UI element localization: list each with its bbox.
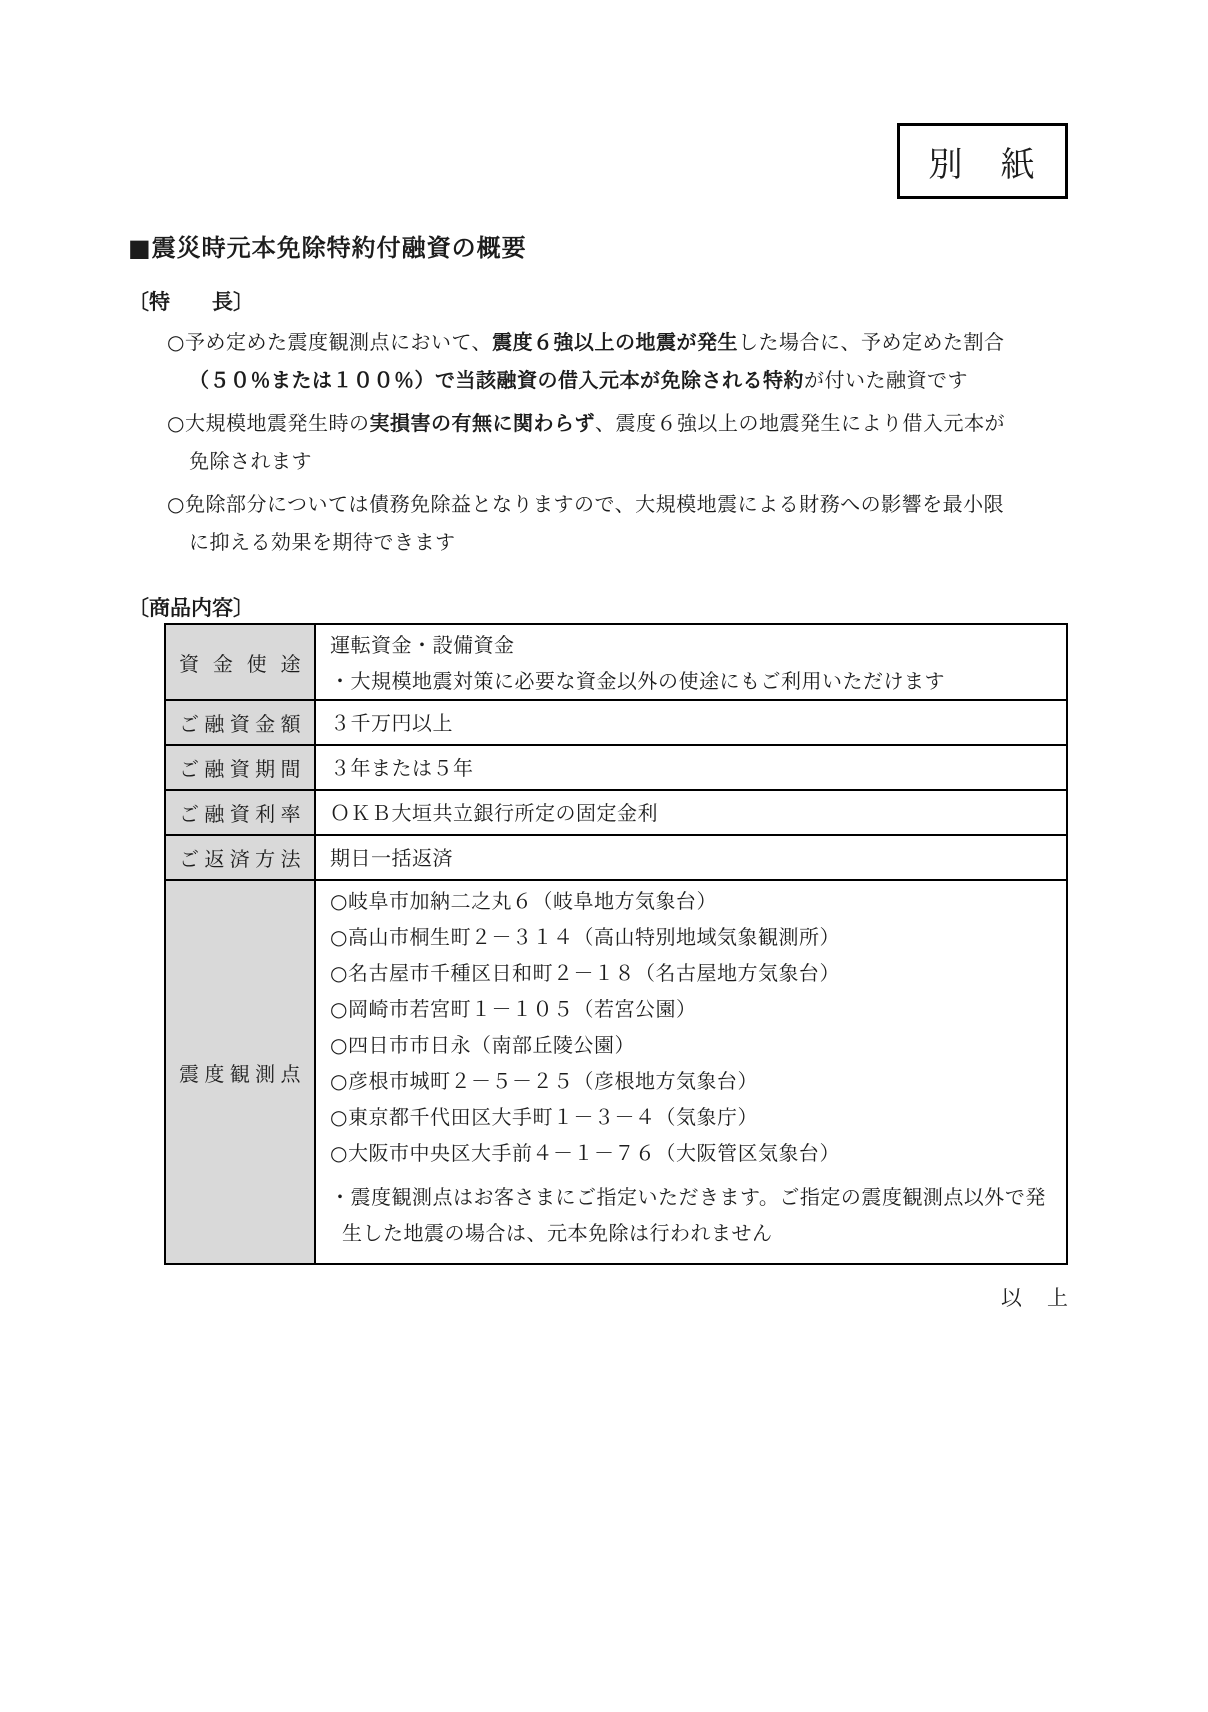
product-row: 震度観測点○岐阜市加納二之丸６（岐阜地方気象台）○高山市桐生町２－３１４（高山特… (165, 880, 1067, 1264)
value-line: ＯＫＢ大垣共立銀行所定の固定金利 (330, 795, 1056, 831)
value-line: ○彦根市城町２－５－２５（彦根地方気象台） (330, 1063, 1056, 1099)
feature-text-bold: 実損害の有無に関わらず (369, 411, 595, 435)
feature-line: ○予め定めた震度観測点において、震度６強以上の地震が発生した場合に、予め定めた割… (167, 323, 1017, 361)
feature-text-bold: 震度６強以上の地震が発生 (492, 330, 738, 354)
product-row-label: 震度観測点 (165, 880, 315, 1264)
feature-item: ○免除部分については債務免除益となりますので、大規模地震による財務への影響を最小… (167, 485, 1017, 561)
value-line: ○名古屋市千種区日和町２－１８（名古屋地方気象台） (330, 955, 1056, 991)
value-line: ○東京都千代田区大手町１－３－４（気象庁） (330, 1099, 1056, 1135)
value-line: ３年または５年 (330, 750, 1056, 786)
product-row: ご融資利率ＯＫＢ大垣共立銀行所定の固定金利 (165, 790, 1067, 835)
product-row-label: 資金使途 (165, 624, 315, 700)
feature-item: ○大規模地震発生時の実損害の有無に関わらず、震度６強以上の地震発生により借入元本… (167, 404, 1017, 480)
value-line: 運転資金・設備資金 (330, 627, 1056, 663)
value-line: ○四日市市日永（南部丘陵公園） (330, 1027, 1056, 1063)
product-row-label: ご融資金額 (165, 700, 315, 745)
product-row-value: 運転資金・設備資金・大規模地震対策に必要な資金以外の使途にもご利用いただけます (315, 624, 1067, 700)
circle-bullet-marker: ○ (167, 330, 185, 354)
product-row-value: ３千万円以上 (315, 700, 1067, 745)
circle-bullet-marker: ○ (167, 411, 185, 435)
product-row-value: ＯＫＢ大垣共立銀行所定の固定金利 (315, 790, 1067, 835)
feature-item: ○予め定めた震度観測点において、震度６強以上の地震が発生した場合に、予め定めた割… (167, 323, 1017, 399)
corner-tag-label: 別 紙 (929, 137, 1037, 186)
product-row: 資金使途運転資金・設備資金・大規模地震対策に必要な資金以外の使途にもご利用いただ… (165, 624, 1067, 700)
value-line: ○高山市桐生町２－３１４（高山特別地域気象観測所） (330, 919, 1056, 955)
value-line: 期日一括返済 (330, 840, 1056, 876)
feature-text: 予め定めた震度観測点において、 (185, 330, 492, 354)
value-line: ３千万円以上 (330, 705, 1056, 741)
product-row-value: 期日一括返済 (315, 835, 1067, 880)
product-row: ご融資金額３千万円以上 (165, 700, 1067, 745)
features-list: ○予め定めた震度観測点において、震度６強以上の地震が発生した場合に、予め定めた割… (167, 323, 1017, 566)
product-row: ご返済方法期日一括返済 (165, 835, 1067, 880)
feature-text: 大規模地震発生時の (185, 411, 370, 435)
product-row-value: ３年または５年 (315, 745, 1067, 790)
product-row-value: ○岐阜市加納二之丸６（岐阜地方気象台）○高山市桐生町２－３１４（高山特別地域気象… (315, 880, 1067, 1264)
feature-line: 免除されます (167, 442, 1017, 480)
value-line: ○大阪市中央区大手前４－１－７６（大阪管区気象台） (330, 1135, 1056, 1171)
product-row-label: ご融資利率 (165, 790, 315, 835)
feature-text: 免除部分については債務免除益となりますので、大規模地震による財務への影響を最小限 (185, 492, 1004, 516)
feature-text: 、震度６強以上の地震発生により借入元本が (595, 411, 1005, 435)
page-title: ■震災時元本免除特約付融資の概要 (128, 232, 527, 264)
product-heading: 〔商品内容〕 (128, 594, 254, 622)
value-line: ○岐阜市加納二之丸６（岐阜地方気象台） (330, 883, 1056, 919)
feature-text: が付いた融資です (804, 368, 968, 392)
feature-text-bold: （５０％または１００％）で当該融資の借入元本が免除される特約 (189, 368, 804, 392)
document-page: 別 紙 ■震災時元本免除特約付融資の概要 〔特 長〕 ○予め定めた震度観測点にお… (0, 0, 1208, 1712)
observation-note: ・震度観測点はお客さまにご指定いただきます。ご指定の震度観測点以外で発生した地震… (330, 1179, 1056, 1251)
product-table: 資金使途運転資金・設備資金・大規模地震対策に必要な資金以外の使途にもご利用いただ… (164, 623, 1068, 1265)
feature-text: に抑える効果を期待できます (189, 530, 456, 554)
closing-label: 以 上 (1001, 1282, 1070, 1312)
value-line: ○岡崎市若宮町１－１０５（若宮公園） (330, 991, 1056, 1027)
features-heading: 〔特 長〕 (128, 288, 254, 316)
feature-line: ○大規模地震発生時の実損害の有無に関わらず、震度６強以上の地震発生により借入元本… (167, 404, 1017, 442)
product-table-body: 資金使途運転資金・設備資金・大規模地震対策に必要な資金以外の使途にもご利用いただ… (165, 624, 1067, 1264)
value-line: ・大規模地震対策に必要な資金以外の使途にもご利用いただけます (330, 663, 1056, 699)
product-row-label: ご融資期間 (165, 745, 315, 790)
circle-bullet-marker: ○ (167, 492, 185, 516)
corner-tag-box: 別 紙 (897, 123, 1068, 199)
product-row-label: ご返済方法 (165, 835, 315, 880)
product-row: ご融資期間３年または５年 (165, 745, 1067, 790)
feature-text: した場合に、予め定めた割合 (738, 330, 1005, 354)
feature-line: に抑える効果を期待できます (167, 523, 1017, 561)
feature-line: （５０％または１００％）で当該融資の借入元本が免除される特約が付いた融資です (167, 361, 1017, 399)
feature-text: 免除されます (189, 449, 312, 473)
feature-line: ○免除部分については債務免除益となりますので、大規模地震による財務への影響を最小… (167, 485, 1017, 523)
